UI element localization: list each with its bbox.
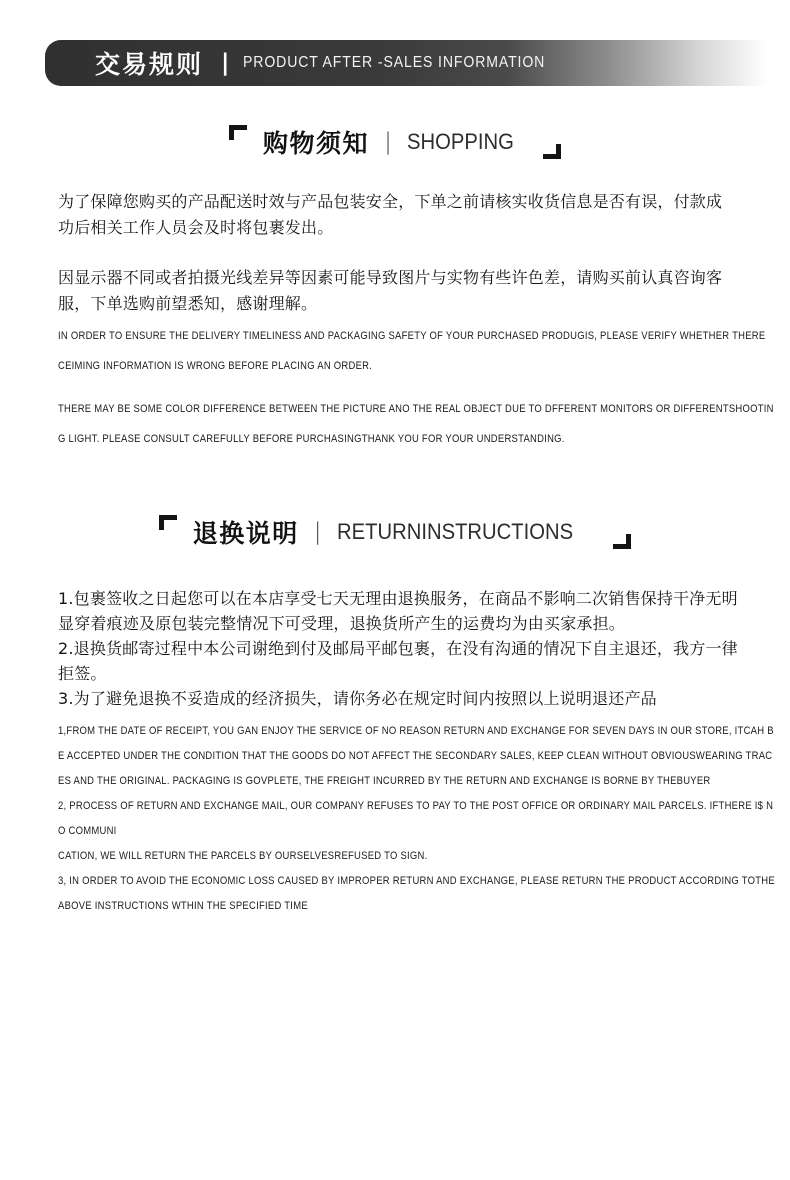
text-line: 服，下单选购前望悉知，感谢理解。	[58, 291, 736, 317]
text-line: 因显示器不同或者拍摄光线差异等因素可能导致图片与实物有些许色差，请购买前认真咨询…	[58, 265, 736, 291]
corner-bracket-bottom-right-icon	[543, 144, 561, 159]
text-line: G LIGHT. PLEASE CONSULT CAREFULLY BEFORE…	[58, 433, 641, 463]
text-line: 拒签。	[58, 661, 736, 686]
corner-bracket-bottom-right-icon	[613, 534, 631, 549]
text-line: IN ORDER TO ENSURE THE DELIVERY TIMELINE…	[58, 330, 641, 360]
returns-heading-zh: 退换说明	[193, 514, 299, 550]
shopping-notice-zh-para-2: 因显示器不同或者拍摄光线差异等因素可能导致图片与实物有些许色差，请购买前认真咨询…	[58, 265, 736, 317]
text-line: 3.为了避免退换不妥造成的经济损失，请你务必在规定时间内按照以上说明退还产品	[58, 686, 736, 711]
text-line: THERE MAY BE SOME COLOR DIFFERENCE BETWE…	[58, 403, 641, 433]
banner-title-en: PRODUCT AFTER -SALES INFORMATION	[243, 54, 545, 72]
shopping-notice-zh-para-1: 为了保障您购买的产品配送时效与产品包装安全，下单之前请核实收货信息是否有误，付款…	[58, 189, 736, 241]
text-line: 为了保障您购买的产品配送时效与产品包装安全，下单之前请核实收货信息是否有误，付款…	[58, 189, 736, 215]
text-line: 1.包裹签收之日起您可以在本店享受七天无理由退换服务，在商品不影响二次销售保持干…	[58, 586, 736, 611]
shopping-section-heading: 购物须知 | SHOPPING	[0, 124, 790, 160]
corner-bracket-top-left-icon	[159, 515, 177, 530]
text-line: 2, PROCESS OF RETURN AND EXCHANGE MAIL, …	[58, 800, 641, 825]
shopping-heading-separator: |	[384, 129, 392, 155]
returns-heading-en: RETURNINSTRUCTIONS	[337, 519, 573, 545]
returns-heading-separator: |	[314, 519, 322, 545]
text-line: CEIMING INFORMATION IS WRONG BEFORE PLAC…	[58, 360, 641, 390]
shopping-heading-en: SHOPPING	[407, 129, 514, 155]
text-line: 1,FROM THE DATE OF RECEIPT, YOU GAN ENJO…	[58, 725, 641, 750]
text-line: ES AND THE ORIGINAL. PACKAGING IS GOVPLE…	[58, 775, 641, 800]
text-line: 2.退换货邮寄过程中本公司谢绝到付及邮局平邮包裹，在没有沟通的情况下自主退还，我…	[58, 636, 736, 661]
banner-title-zh: 交易规则	[95, 45, 203, 81]
text-line: E ACCEPTED UNDER THE CONDITION THAT THE …	[58, 750, 641, 775]
returns-instructions-en: 1,FROM THE DATE OF RECEIPT, YOU GAN ENJO…	[58, 725, 736, 925]
trading-rules-banner: 交易规则 | PRODUCT AFTER -SALES INFORMATION	[45, 40, 790, 86]
text-line: 功后相关工作人员会及时将包裹发出。	[58, 215, 736, 241]
text-line: ABOVE INSTRUCTIONS WTHIN THE SPECIFIED T…	[58, 900, 641, 925]
shopping-heading-zh: 购物须知	[263, 124, 369, 160]
text-line: CATION, WE WILL RETURN THE PARCELS BY OU…	[58, 850, 641, 875]
corner-bracket-top-left-icon	[229, 125, 247, 140]
banner-separator: |	[221, 50, 229, 76]
shopping-notice-en-para-2: THERE MAY BE SOME COLOR DIFFERENCE BETWE…	[58, 403, 736, 463]
text-line: 3, IN ORDER TO AVOID THE ECONOMIC LOSS C…	[58, 875, 641, 900]
returns-section-heading: 退换说明 | RETURNINSTRUCTIONS	[0, 514, 790, 550]
after-sales-info-page: 交易规则 | PRODUCT AFTER -SALES INFORMATION …	[0, 0, 790, 1180]
shopping-notice-en: IN ORDER TO ENSURE THE DELIVERY TIMELINE…	[58, 330, 736, 476]
shopping-notice-en-para-1: IN ORDER TO ENSURE THE DELIVERY TIMELINE…	[58, 330, 736, 390]
returns-instructions-zh: 1.包裹签收之日起您可以在本店享受七天无理由退换服务，在商品不影响二次销售保持干…	[58, 586, 736, 711]
text-line: 显穿着痕迹及原包装完整情况下可受理，退换货所产生的运费均为由买家承担。	[58, 611, 736, 636]
text-line: O COMMUNI	[58, 825, 641, 850]
shopping-notice-zh: 为了保障您购买的产品配送时效与产品包装安全，下单之前请核实收货信息是否有误，付款…	[58, 189, 736, 341]
